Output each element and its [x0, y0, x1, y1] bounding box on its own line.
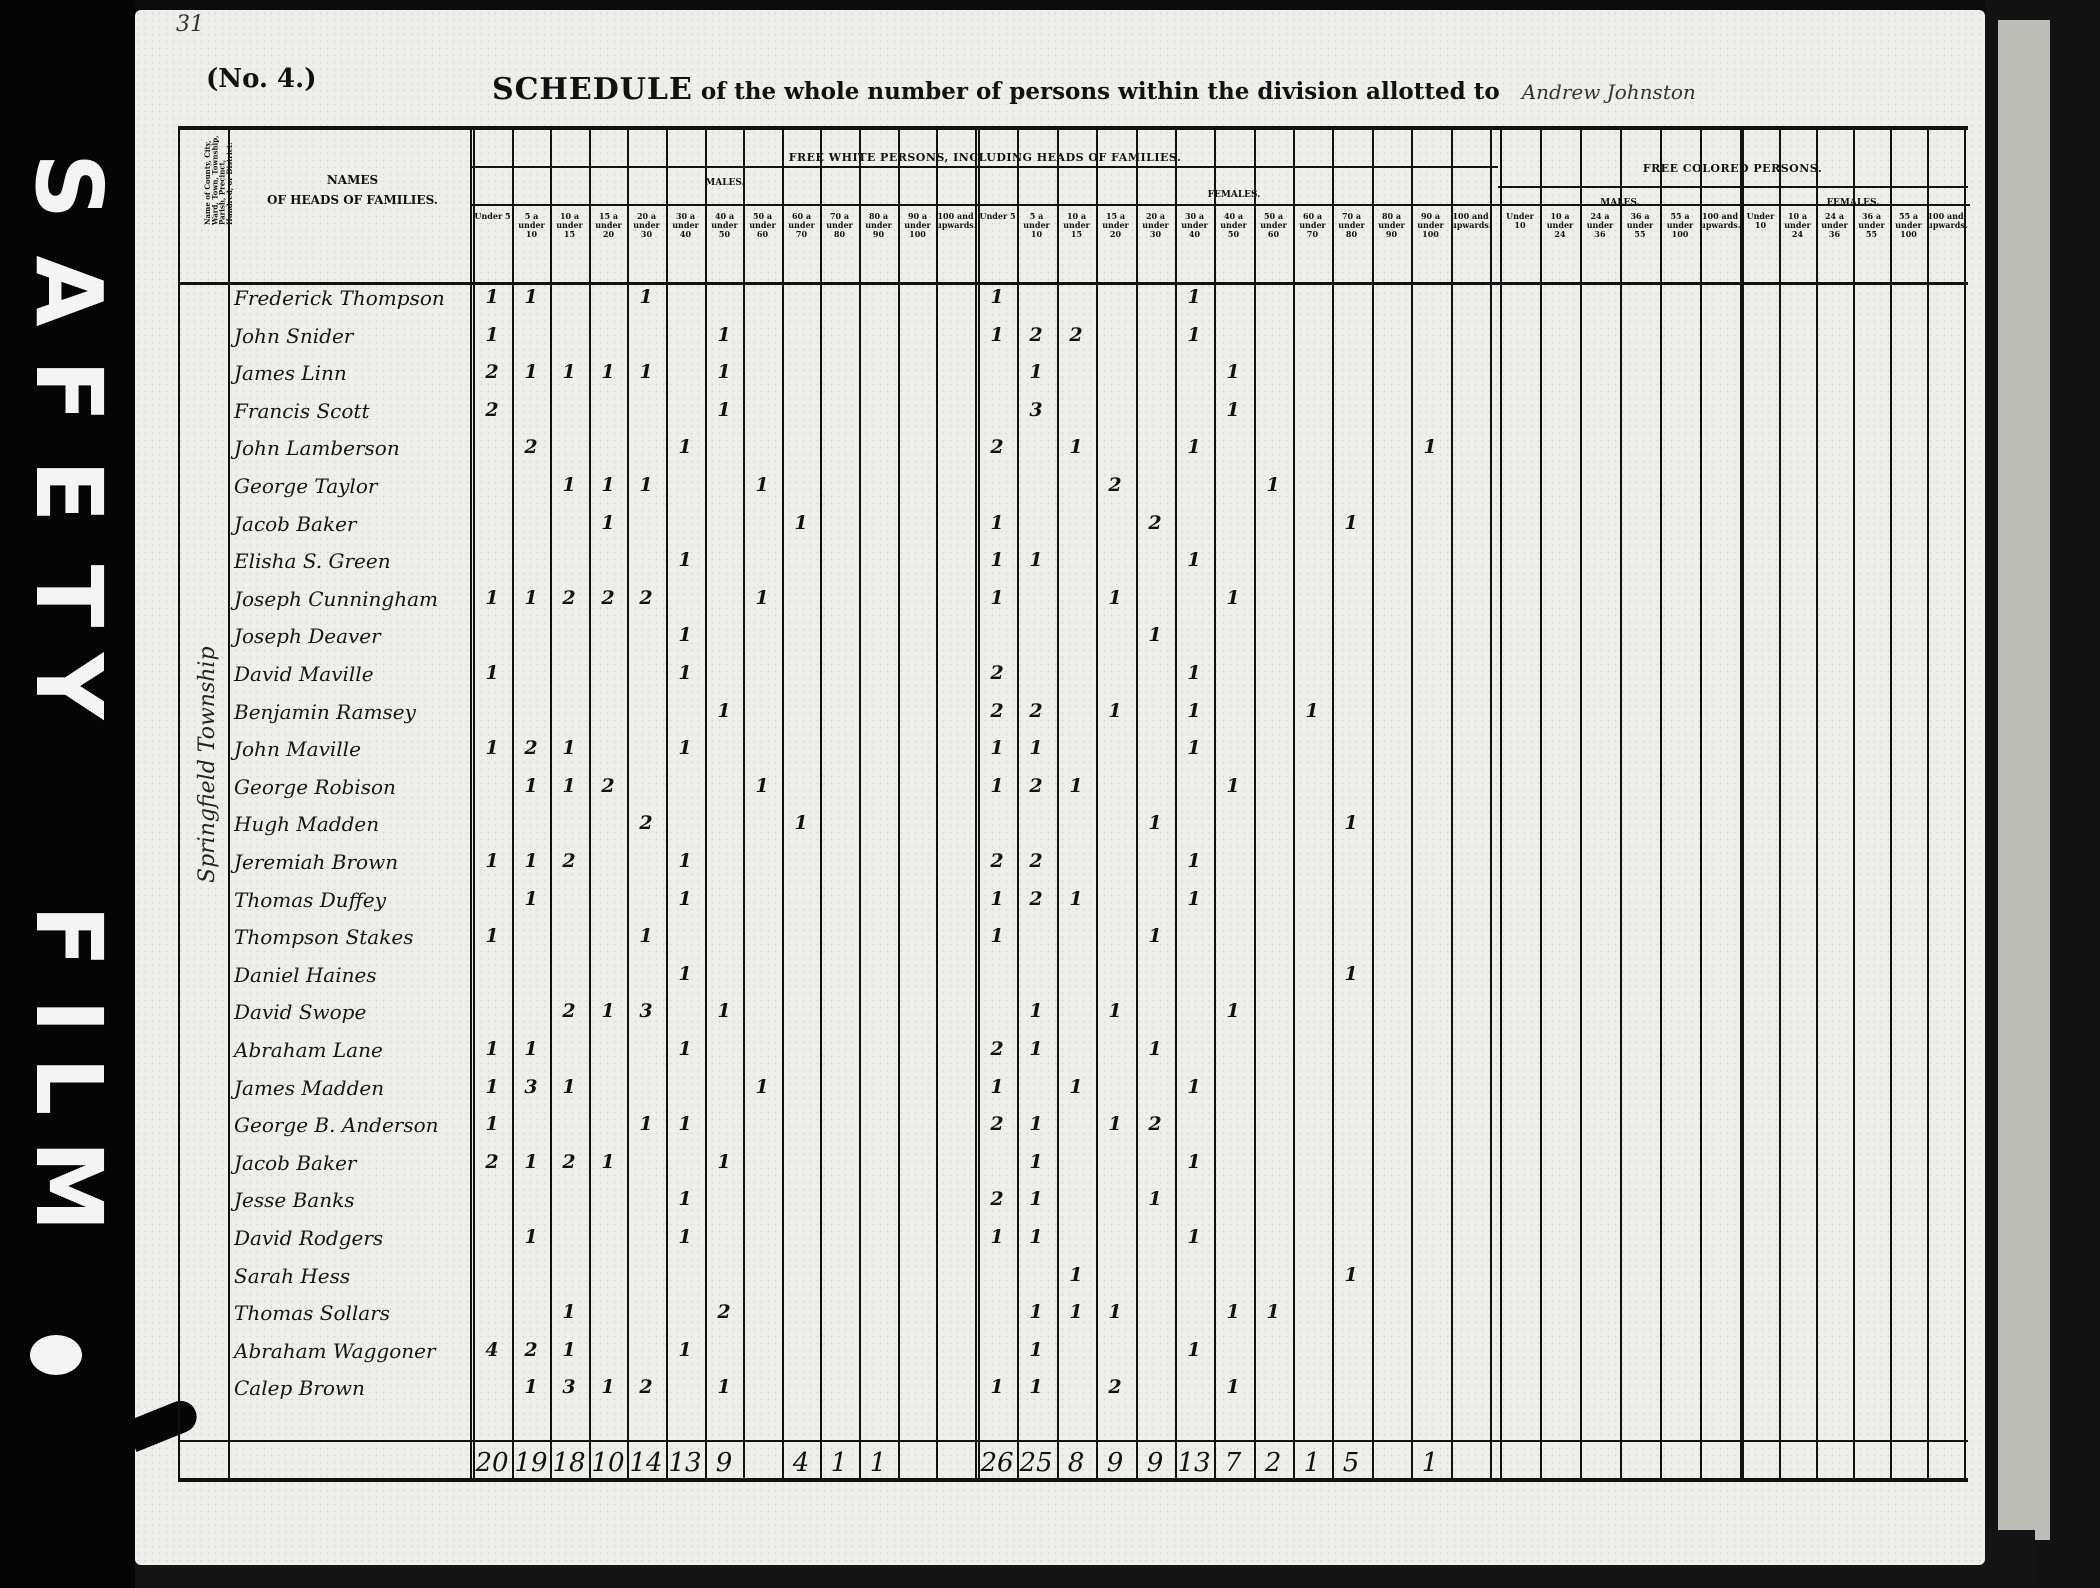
male-count-cell: 1	[627, 474, 665, 496]
male-count-cell: 2	[473, 399, 511, 421]
female-count-cell: 1	[1214, 1000, 1252, 1022]
column-divider	[1620, 126, 1622, 1478]
female-count-cell: 1	[1214, 587, 1252, 609]
column-divider	[178, 126, 180, 1478]
head-of-family-name: John Lamberson	[234, 436, 400, 460]
female-count-cell: 1	[978, 286, 1016, 308]
head-of-family-name: Sarah Hess	[234, 1264, 350, 1288]
head-of-family-name: James Linn	[234, 361, 347, 385]
male-count-cell: 1	[666, 963, 704, 985]
male-count-cell: 1	[705, 1151, 743, 1173]
age-column-header: 10 a under 24	[1779, 212, 1816, 240]
male-count-cell: 1	[705, 1376, 743, 1398]
female-count-cell: 1	[1332, 963, 1370, 985]
male-count-cell: 1	[550, 1301, 588, 1323]
head-of-family-name: Abraham Lane	[234, 1038, 383, 1062]
age-column-header: 100 and upwards.	[1927, 212, 1964, 230]
male-count-cell: 1	[512, 775, 550, 797]
film-letter: Y	[22, 626, 114, 746]
male-total-cell: 4	[782, 1448, 820, 1478]
female-count-cell: 2	[1017, 324, 1055, 346]
female-count-cell: 1	[1214, 775, 1252, 797]
column-divider	[470, 126, 472, 1478]
age-column-header: 100 and upwards.	[1700, 212, 1740, 230]
female-count-cell: 1	[1332, 812, 1370, 834]
column-divider	[1540, 126, 1542, 1478]
age-column-header: 40 a under 50	[1214, 212, 1253, 240]
column-divider	[666, 126, 668, 1478]
female-count-cell: 1	[1175, 324, 1213, 346]
female-count-cell: 2	[978, 700, 1016, 722]
age-column-header: 55 a under 100	[1890, 212, 1927, 240]
male-total-cell: 14	[627, 1448, 665, 1478]
female-count-cell: 1	[1254, 474, 1292, 496]
male-count-cell: 2	[512, 737, 550, 759]
age-column-header: 10 a under 15	[550, 212, 589, 240]
white-males-header: MALES.	[475, 178, 975, 188]
male-count-cell: 2	[705, 1301, 743, 1323]
female-count-cell: 1	[1017, 1226, 1055, 1248]
female-count-cell: 1	[1017, 549, 1055, 571]
female-total-cell: 5	[1332, 1448, 1370, 1478]
male-count-cell: 1	[666, 662, 704, 684]
male-count-cell: 1	[589, 512, 627, 534]
female-total-cell: 25	[1017, 1448, 1055, 1478]
male-count-cell: 1	[666, 1038, 704, 1060]
film-letter: S	[22, 126, 114, 246]
age-column-header: 15 a under 20	[1096, 212, 1135, 240]
female-total-cell: 8	[1057, 1448, 1095, 1478]
male-count-cell: 1	[512, 361, 550, 383]
male-count-cell: 2	[512, 436, 550, 458]
male-count-cell: 1	[627, 1113, 665, 1135]
female-count-cell: 2	[1096, 1376, 1134, 1398]
female-count-cell: 1	[1017, 737, 1055, 759]
column-divider	[1372, 126, 1374, 1478]
female-count-cell: 1	[1175, 850, 1213, 872]
female-count-cell: 1	[1017, 1151, 1055, 1173]
male-count-cell: 1	[473, 587, 511, 609]
male-count-cell: 2	[512, 1339, 550, 1361]
female-count-cell: 1	[978, 775, 1016, 797]
male-count-cell: 1	[512, 286, 550, 308]
male-count-cell: 1	[589, 474, 627, 496]
female-total-cell: 9	[1136, 1448, 1174, 1478]
female-count-cell: 1	[978, 324, 1016, 346]
head-of-family-name: Francis Scott	[234, 399, 369, 423]
female-count-cell: 1	[1175, 1151, 1213, 1173]
column-divider	[1096, 126, 1098, 1478]
free-white-header: FREE WHITE PERSONS, INCLUDING HEADS OF F…	[475, 151, 1495, 164]
free-colored-header: FREE COLORED PERSONS.	[1500, 162, 1965, 175]
age-column-header: Under 5	[978, 212, 1017, 221]
female-count-cell: 1	[1096, 1301, 1134, 1323]
female-count-cell: 1	[1057, 436, 1095, 458]
male-count-cell: 2	[473, 1151, 511, 1173]
film-letter: M	[22, 1126, 114, 1246]
male-total-cell: 19	[512, 1448, 550, 1478]
column-divider	[1254, 126, 1256, 1478]
female-total-cell: 26	[978, 1448, 1016, 1478]
male-total-cell: 10	[589, 1448, 627, 1478]
male-count-cell: 2	[550, 850, 588, 872]
schedule-number: (No. 4.)	[206, 64, 317, 94]
male-count-cell: 1	[666, 888, 704, 910]
female-count-cell: 2	[1017, 850, 1055, 872]
male-count-cell: 2	[589, 775, 627, 797]
column-divider	[743, 126, 745, 1478]
male-count-cell: 1	[512, 1376, 550, 1398]
age-column-header: 100 and upwards.	[1451, 212, 1490, 230]
male-count-cell: 1	[550, 775, 588, 797]
female-total-cell: 1	[1411, 1448, 1449, 1478]
female-count-cell: 1	[1057, 775, 1095, 797]
male-count-cell: 1	[705, 1000, 743, 1022]
male-count-cell: 1	[743, 775, 781, 797]
male-count-cell: 2	[550, 1151, 588, 1173]
male-total-cell: 1	[820, 1448, 858, 1478]
female-count-cell: 1	[1175, 700, 1213, 722]
male-count-cell: 1	[473, 737, 511, 759]
male-total-cell: 1	[859, 1448, 897, 1478]
female-count-cell: 1	[1175, 1076, 1213, 1098]
head-of-family-name: George Robison	[234, 775, 396, 799]
column-divider	[898, 126, 900, 1478]
head-of-family-name: Thompson Stakes	[234, 925, 413, 949]
column-divider	[1580, 126, 1582, 1478]
female-count-cell: 1	[1017, 1339, 1055, 1361]
female-count-cell: 1	[978, 888, 1016, 910]
column-divider	[1214, 126, 1216, 1478]
male-count-cell: 1	[589, 1376, 627, 1398]
head-of-family-name: Jacob Baker	[234, 1151, 356, 1175]
female-count-cell: 1	[1293, 700, 1331, 722]
female-count-cell: 1	[1017, 1376, 1055, 1398]
male-count-cell: 1	[782, 512, 820, 534]
female-count-cell: 1	[1175, 549, 1213, 571]
female-total-cell: 2	[1254, 1448, 1292, 1478]
colored-section-divider	[1498, 186, 1968, 188]
column-divider	[1500, 126, 1502, 1478]
names-header-line1: NAMES	[240, 170, 465, 190]
female-count-cell: 2	[978, 1113, 1016, 1135]
table-bottom-border	[178, 1478, 1968, 1482]
age-column-header: Under 5	[473, 212, 512, 221]
age-column-header: 80 a under 90	[1372, 212, 1411, 240]
age-column-header: 60 a under 70	[782, 212, 821, 240]
age-column-header: Under 10	[1742, 212, 1779, 230]
page-title: SCHEDULE of the whole number of persons …	[492, 72, 1696, 107]
female-count-cell: 1	[1136, 812, 1174, 834]
male-count-cell: 1	[550, 361, 588, 383]
age-column-header: 20 a under 30	[627, 212, 666, 240]
female-count-cell: 1	[1017, 1000, 1055, 1022]
female-count-cell: 1	[978, 587, 1016, 609]
female-count-cell: 2	[1017, 700, 1055, 722]
age-column-header: 20 a under 30	[1136, 212, 1175, 240]
female-total-cell: 13	[1175, 1448, 1213, 1478]
head-of-family-name: Jeremiah Brown	[234, 850, 398, 874]
head-of-family-name: Elisha S. Green	[234, 549, 391, 573]
male-count-cell: 1	[666, 850, 704, 872]
age-column-header: 30 a under 40	[1175, 212, 1214, 240]
column-divider	[1136, 126, 1138, 1478]
female-count-cell: 1	[1136, 925, 1174, 947]
age-column-header: 50 a under 60	[1254, 212, 1293, 240]
head-of-family-name: Joseph Deaver	[234, 624, 381, 648]
head-of-family-name: Frederick Thompson	[234, 286, 445, 310]
female-count-cell: 1	[1214, 399, 1252, 421]
head-of-family-name: David Swope	[234, 1000, 366, 1024]
head-of-family-name: Joseph Cunningham	[234, 587, 438, 611]
female-count-cell: 1	[1175, 1339, 1213, 1361]
column-divider	[1779, 126, 1781, 1478]
column-divider	[1411, 126, 1413, 1478]
title-text: of the whole number of persons within th…	[701, 78, 1500, 105]
column-divider	[975, 126, 977, 1478]
age-column-header: 60 a under 70	[1293, 212, 1332, 240]
female-count-cell: 1	[1175, 286, 1213, 308]
head-of-family-name: Calep Brown	[234, 1376, 365, 1400]
head-of-family-name: Abraham Waggoner	[234, 1339, 436, 1363]
female-total-cell: 7	[1214, 1448, 1252, 1478]
head-of-family-name: Thomas Sollars	[234, 1301, 390, 1325]
male-count-cell: 3	[512, 1076, 550, 1098]
female-count-cell: 1	[1411, 436, 1449, 458]
column-divider	[1890, 126, 1892, 1478]
female-count-cell: 1	[978, 512, 1016, 534]
female-count-cell: 1	[1175, 662, 1213, 684]
male-count-cell: 2	[550, 587, 588, 609]
male-count-cell: 1	[666, 1339, 704, 1361]
female-count-cell: 1	[1332, 1264, 1370, 1286]
age-column-header: 24 a under 36	[1816, 212, 1853, 240]
female-count-cell: 1	[978, 925, 1016, 947]
male-count-cell: 1	[589, 361, 627, 383]
male-count-cell: 1	[627, 361, 665, 383]
male-count-cell: 1	[550, 474, 588, 496]
age-column-header: 40 a under 50	[705, 212, 744, 240]
female-count-cell: 2	[1096, 474, 1134, 496]
column-divider	[1293, 126, 1295, 1478]
male-count-cell: 1	[705, 399, 743, 421]
female-count-cell: 2	[1017, 775, 1055, 797]
male-count-cell: 1	[512, 587, 550, 609]
female-count-cell: 2	[1136, 1113, 1174, 1135]
male-count-cell: 1	[627, 925, 665, 947]
male-count-cell: 1	[743, 1076, 781, 1098]
male-total-cell: 18	[550, 1448, 588, 1478]
colored-males-header: MALES.	[1500, 198, 1740, 208]
male-count-cell: 1	[473, 850, 511, 872]
female-count-cell: 1	[1332, 512, 1370, 534]
column-divider	[859, 126, 861, 1478]
column-divider	[1660, 126, 1662, 1478]
head-of-family-name: John Snider	[234, 324, 353, 348]
male-count-cell: 1	[705, 361, 743, 383]
colored-females-header: FEMALES.	[1742, 198, 1964, 208]
female-count-cell: 1	[1175, 737, 1213, 759]
male-count-cell: 1	[743, 587, 781, 609]
white-females-header: FEMALES.	[978, 190, 1490, 200]
column-divider	[627, 126, 629, 1478]
male-count-cell: 1	[550, 1339, 588, 1361]
age-column-header: 15 a under 20	[589, 212, 628, 240]
male-count-cell: 1	[512, 1226, 550, 1248]
column-divider	[589, 126, 591, 1478]
female-count-cell: 1	[1057, 888, 1095, 910]
head-of-family-name: John Maville	[234, 737, 361, 761]
female-count-cell: 1	[1096, 1000, 1134, 1022]
title-schedule: SCHEDULE	[492, 72, 693, 107]
column-divider	[1816, 126, 1818, 1478]
column-divider	[1927, 126, 1929, 1478]
female-count-cell: 1	[1214, 1376, 1252, 1398]
male-count-cell: 3	[550, 1376, 588, 1398]
county-column-header: Name of County, City, Ward, Town, Townsh…	[204, 125, 232, 225]
female-count-cell: 1	[1017, 1188, 1055, 1210]
column-divider	[1853, 126, 1855, 1478]
male-count-cell: 1	[473, 662, 511, 684]
head-of-family-name: Daniel Haines	[234, 963, 377, 987]
male-count-cell: 1	[512, 850, 550, 872]
male-count-cell: 1	[782, 812, 820, 834]
column-divider	[782, 126, 784, 1478]
male-total-cell: 9	[705, 1448, 743, 1478]
age-column-header: 10 a under 24	[1540, 212, 1580, 240]
head-of-family-name: Benjamin Ramsey	[234, 700, 416, 724]
male-count-cell: 1	[550, 737, 588, 759]
column-divider	[1490, 126, 1492, 1478]
head-of-family-name: David Rodgers	[234, 1226, 383, 1250]
male-count-cell: 1	[666, 436, 704, 458]
female-count-cell: 2	[978, 850, 1016, 872]
male-count-cell: 2	[589, 587, 627, 609]
male-count-cell: 1	[666, 1113, 704, 1135]
male-count-cell: 1	[473, 1076, 511, 1098]
female-total-cell: 1	[1293, 1448, 1331, 1478]
film-letter: E	[22, 431, 114, 551]
head-of-family-name: George Taylor	[234, 474, 377, 498]
column-divider	[550, 126, 552, 1478]
female-count-cell: 1	[1136, 1038, 1174, 1060]
female-count-cell: 2	[1057, 324, 1095, 346]
female-count-cell: 1	[1136, 1188, 1174, 1210]
column-divider	[1451, 126, 1453, 1478]
male-count-cell: 1	[666, 1188, 704, 1210]
head-of-family-name: James Madden	[234, 1076, 384, 1100]
female-count-cell: 1	[978, 1076, 1016, 1098]
age-column-header: 90 a under 100	[1411, 212, 1450, 240]
age-column-header: 55 a under 100	[1660, 212, 1700, 240]
female-count-cell: 1	[1017, 361, 1055, 383]
female-count-cell: 1	[978, 1376, 1016, 1398]
male-count-cell: 1	[473, 1113, 511, 1135]
male-count-cell: 3	[627, 1000, 665, 1022]
female-count-cell: 2	[1136, 512, 1174, 534]
male-count-cell: 1	[666, 1226, 704, 1248]
age-column-header: 36 a under 55	[1620, 212, 1660, 240]
female-count-cell: 1	[1017, 1301, 1055, 1323]
names-header-line2: OF HEADS OF FAMILIES.	[240, 190, 465, 210]
male-count-cell: 1	[512, 888, 550, 910]
female-count-cell: 2	[978, 662, 1016, 684]
age-column-header: 80 a under 90	[859, 212, 898, 240]
age-column-header: 24 a under 36	[1580, 212, 1620, 240]
white-section-divider	[470, 166, 1498, 168]
names-header: NAMES OF HEADS OF FAMILIES.	[240, 170, 465, 211]
male-count-cell: 1	[589, 1000, 627, 1022]
male-count-cell: 1	[550, 1076, 588, 1098]
male-count-cell: 1	[473, 286, 511, 308]
male-count-cell: 4	[473, 1339, 511, 1361]
male-count-cell: 1	[705, 700, 743, 722]
age-column-header: 70 a under 80	[820, 212, 859, 240]
male-count-cell: 2	[627, 1376, 665, 1398]
age-column-header: 36 a under 55	[1853, 212, 1890, 240]
male-count-cell: 1	[627, 286, 665, 308]
male-total-cell: 20	[473, 1448, 511, 1478]
column-divider	[936, 126, 938, 1478]
age-column-header: 90 a under 100	[898, 212, 937, 240]
female-total-cell: 9	[1096, 1448, 1134, 1478]
female-count-cell: 1	[1214, 1301, 1252, 1323]
column-divider	[512, 126, 514, 1478]
female-count-cell: 1	[1017, 1113, 1055, 1135]
column-divider	[1742, 126, 1744, 1478]
female-count-cell: 1	[978, 1226, 1016, 1248]
female-count-cell: 1	[1096, 587, 1134, 609]
age-column-header: 50 a under 60	[743, 212, 782, 240]
female-count-cell: 1	[1175, 1226, 1213, 1248]
male-count-cell: 2	[627, 812, 665, 834]
age-column-header: 30 a under 40	[666, 212, 705, 240]
male-total-cell: 13	[666, 1448, 704, 1478]
head-of-family-name: Jacob Baker	[234, 512, 356, 536]
male-count-cell: 1	[589, 1151, 627, 1173]
male-count-cell: 1	[666, 624, 704, 646]
male-count-cell: 1	[512, 1151, 550, 1173]
age-column-header: 100 and upwards.	[936, 212, 975, 230]
township-label: Springfield Township	[195, 600, 235, 930]
female-count-cell: 1	[1017, 1038, 1055, 1060]
female-count-cell: 1	[1175, 888, 1213, 910]
column-divider	[1700, 126, 1702, 1478]
female-count-cell: 1	[1057, 1301, 1095, 1323]
female-count-cell: 1	[1057, 1076, 1095, 1098]
female-count-cell: 2	[1017, 888, 1055, 910]
film-dot-icon	[30, 1335, 82, 1375]
male-count-cell: 1	[666, 549, 704, 571]
age-column-header: 5 a under 10	[1017, 212, 1056, 240]
right-page-edge	[1998, 20, 2050, 1540]
female-count-cell: 1	[978, 737, 1016, 759]
male-count-cell: 1	[666, 737, 704, 759]
age-column-header: 5 a under 10	[512, 212, 551, 240]
female-count-cell: 1	[1096, 700, 1134, 722]
male-count-cell: 2	[550, 1000, 588, 1022]
column-divider	[1964, 126, 1966, 1478]
female-count-cell: 1	[1136, 624, 1174, 646]
age-column-header: 10 a under 15	[1057, 212, 1096, 240]
male-count-cell: 1	[705, 324, 743, 346]
male-count-cell: 1	[473, 1038, 511, 1060]
male-count-cell: 2	[627, 587, 665, 609]
female-count-cell: 1	[1057, 1264, 1095, 1286]
female-count-cell: 1	[1096, 1113, 1134, 1135]
head-of-family-name: Hugh Madden	[234, 812, 379, 836]
head-of-family-name: David Maville	[234, 662, 374, 686]
